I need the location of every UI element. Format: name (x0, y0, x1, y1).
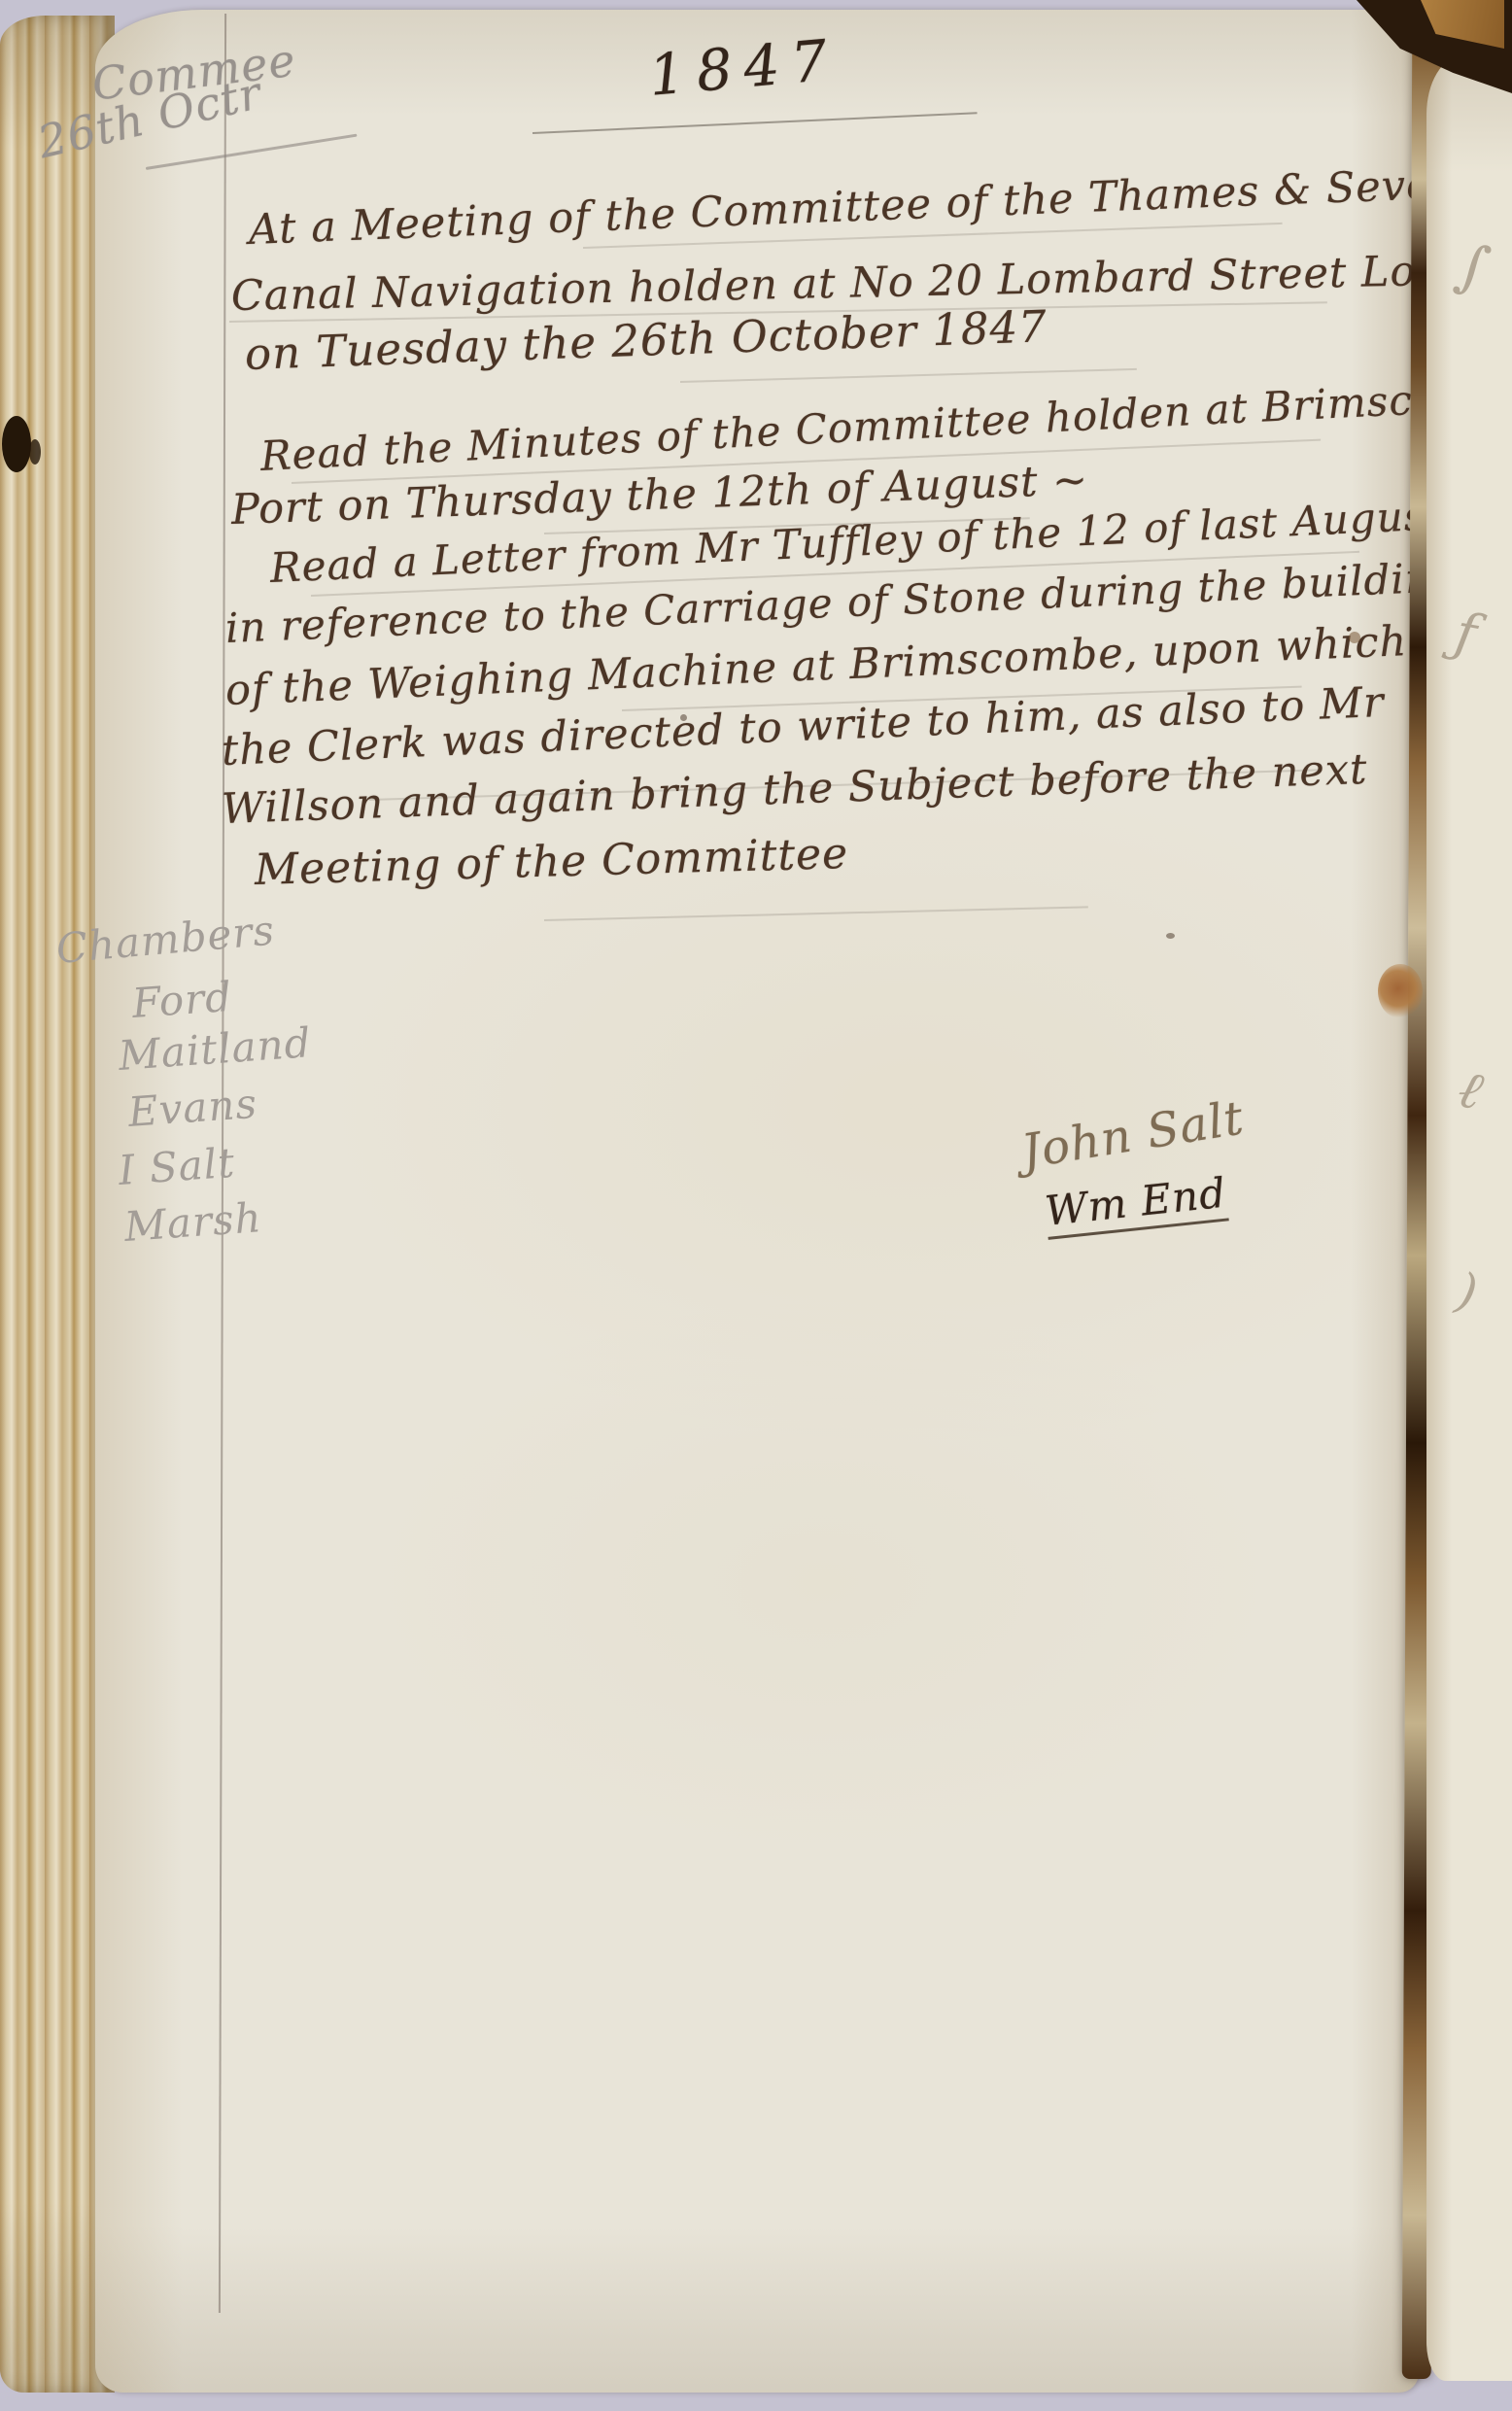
attendee-name: Evans (126, 1080, 258, 1136)
attendee-name: Ford (130, 973, 233, 1027)
small-stain (1349, 632, 1360, 643)
binding-speck (2, 416, 31, 472)
attendee-name: Marsh (122, 1193, 263, 1251)
facing-page-edge (1426, 56, 1512, 2381)
manuscript-photo: 1847 Commee 26th Octr At a Meeting of th… (0, 0, 1512, 2411)
ink-speck (680, 714, 687, 721)
gutter-stain (1378, 964, 1423, 1018)
binding-speck (29, 439, 41, 465)
attendee-name: I Salt (117, 1139, 236, 1194)
ink-speck (1166, 933, 1175, 939)
